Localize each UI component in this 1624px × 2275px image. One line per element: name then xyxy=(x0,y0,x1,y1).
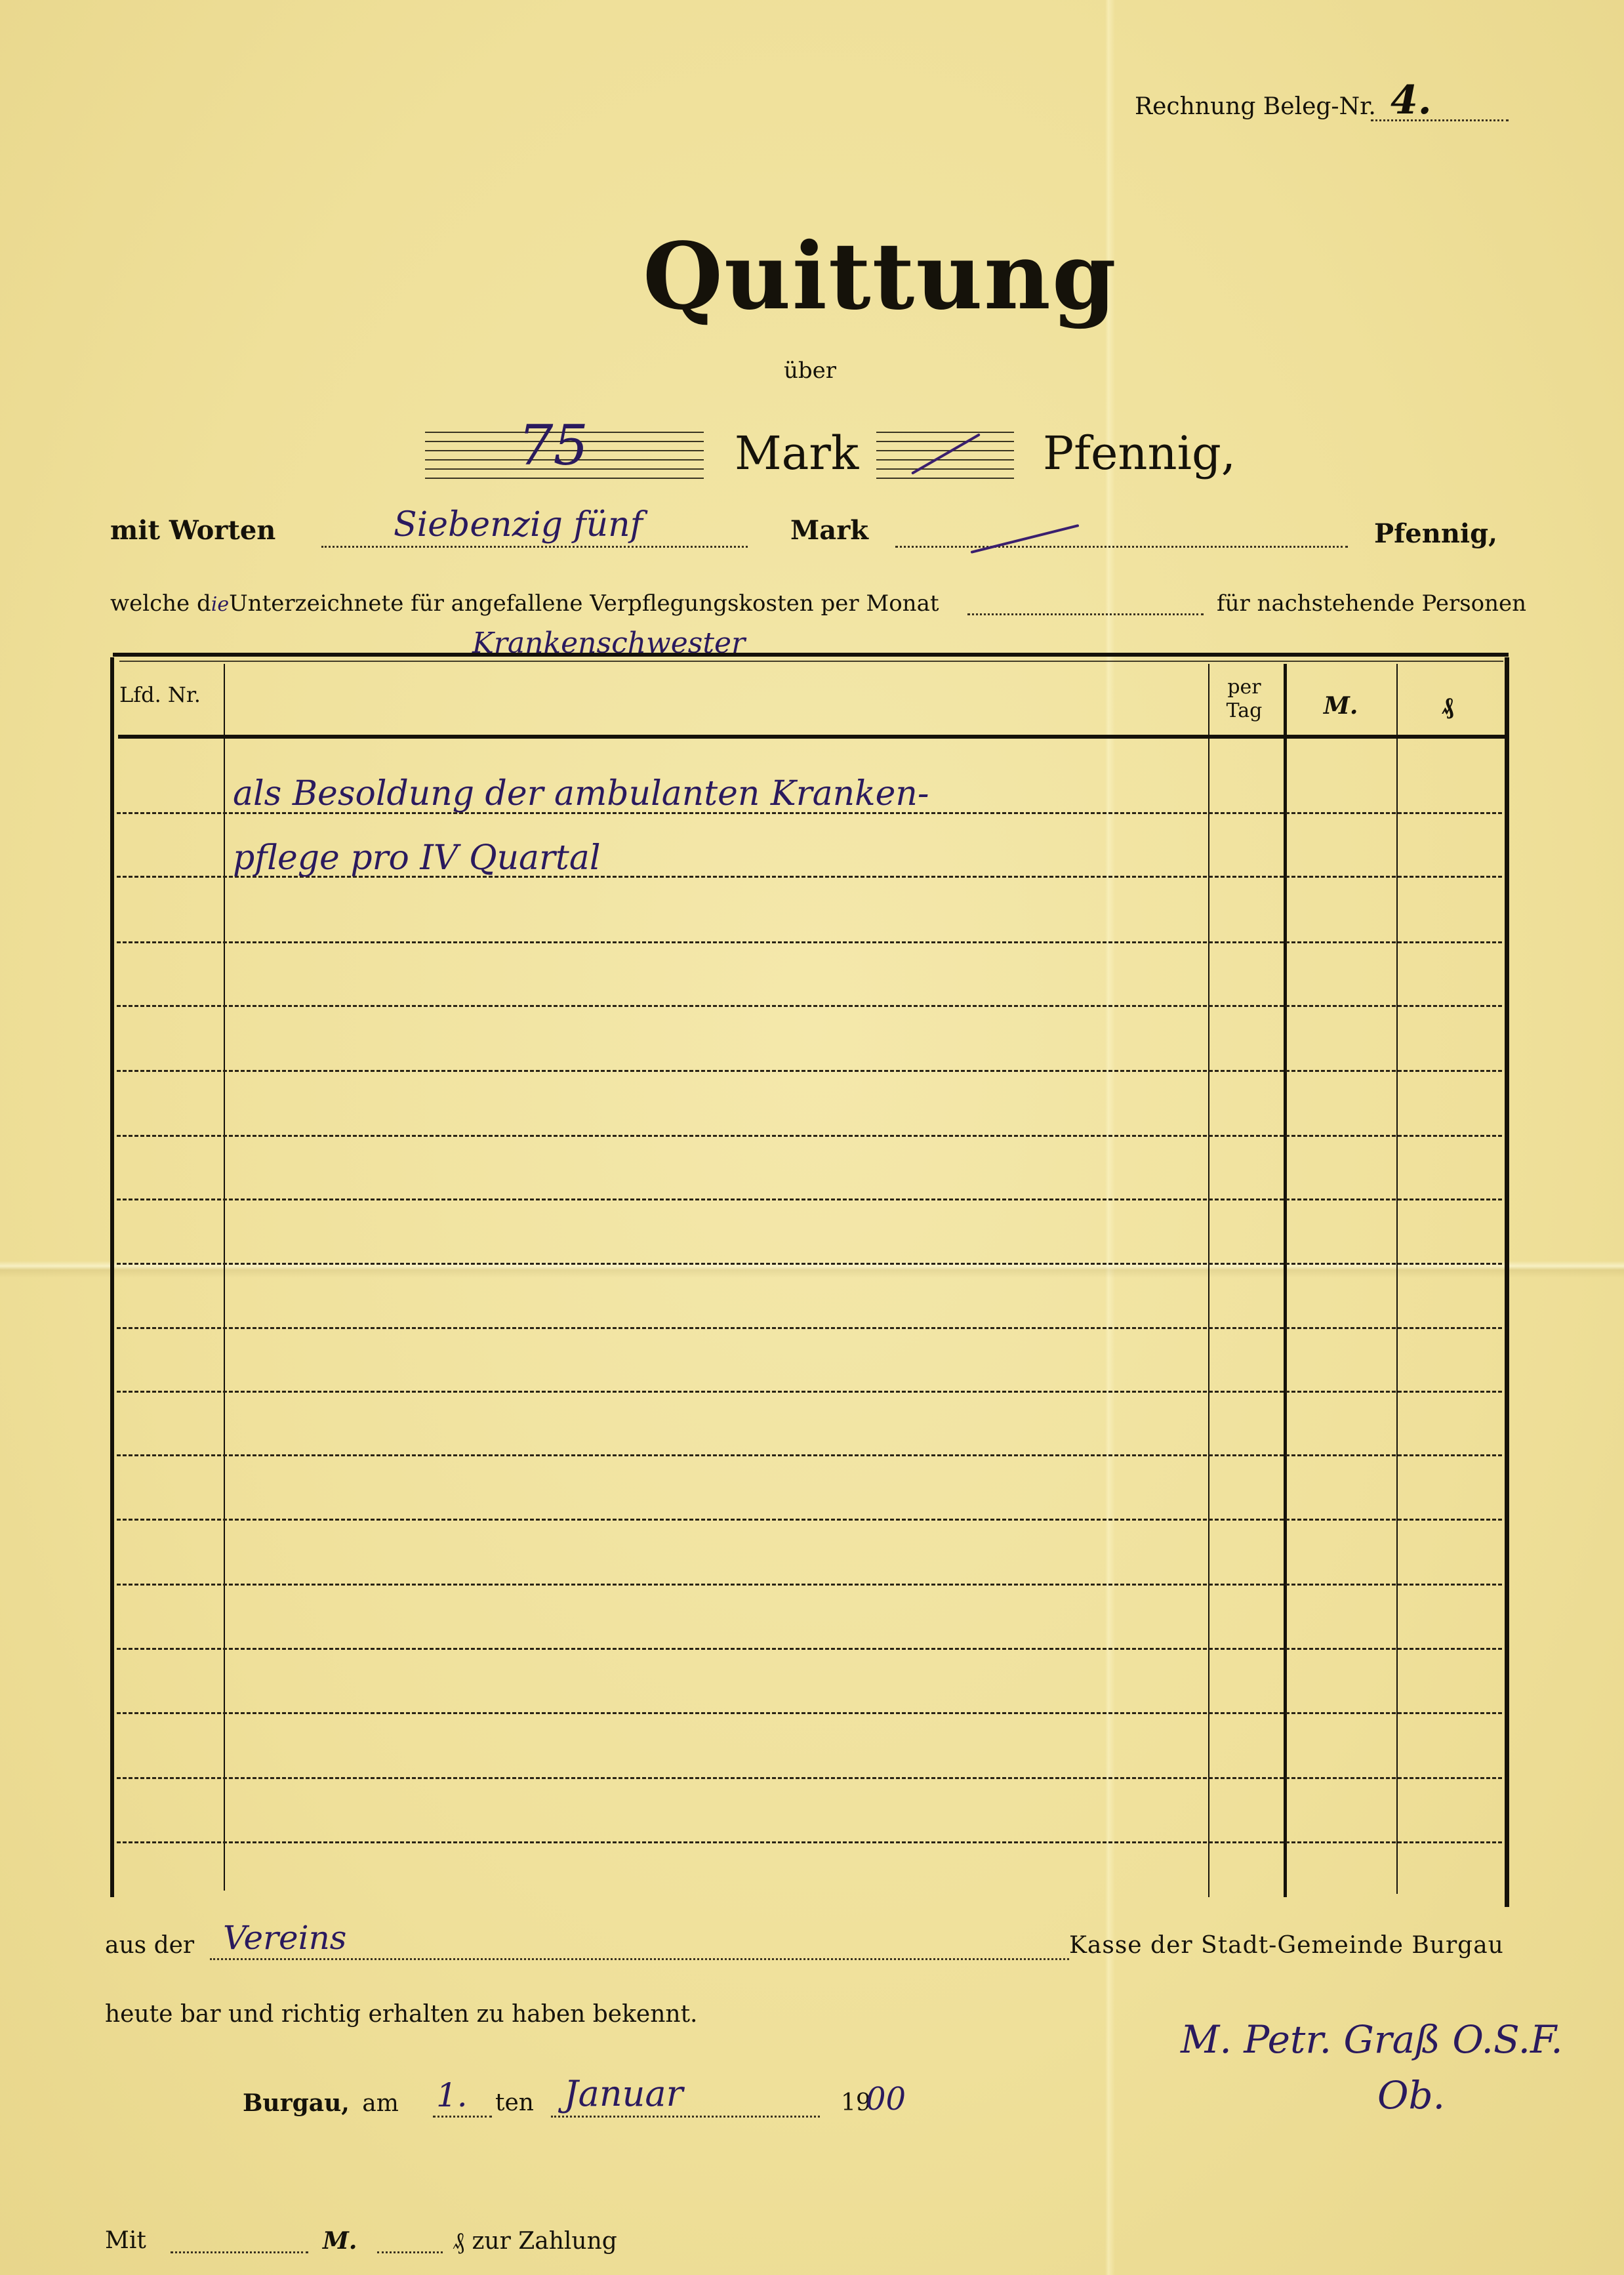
col-header-mark: M. xyxy=(1324,692,1358,720)
row-rule xyxy=(117,1454,1502,1456)
confirm-text: heute bar und richtig erhalten zu haben … xyxy=(105,2001,698,2028)
table-right-border xyxy=(1505,657,1509,1907)
ten-label: ten xyxy=(495,2089,534,2116)
in-words-label: mit Worten xyxy=(110,515,275,546)
date-line: Burgau, am xyxy=(243,2089,399,2117)
row-rule xyxy=(117,1584,1502,1586)
row-rule xyxy=(117,1519,1502,1521)
pfennig-amount-label: Pfennig, xyxy=(1043,426,1236,480)
table-top-rule xyxy=(113,653,1509,657)
row-rule xyxy=(117,1391,1502,1393)
mark-amount-value: 75 xyxy=(518,413,588,478)
day-value: 1. xyxy=(436,2076,468,2114)
beleg-number: 4. xyxy=(1391,77,1432,123)
in-words-pfennig-label: Pfennig, xyxy=(1374,518,1497,549)
row-rule xyxy=(117,1199,1502,1200)
purpose-prefix-text: welche d xyxy=(110,590,211,617)
mit-mark-line xyxy=(171,2251,308,2253)
month-value: Januar xyxy=(564,2073,683,2114)
mark-amount-label: Mark xyxy=(735,426,859,480)
row-rule xyxy=(117,1263,1502,1265)
mit-pfennig-label: ₰ zur Zahlung xyxy=(453,2227,617,2255)
aus-der-label: aus der xyxy=(105,1932,194,1959)
table-top-rule-thin xyxy=(119,661,1503,662)
purpose-suffix: für nachstehende Personen xyxy=(1217,590,1526,617)
table-left-border xyxy=(110,657,114,1897)
month-line xyxy=(551,2116,820,2118)
title-sub: über xyxy=(784,358,836,384)
am-label: am xyxy=(362,2090,399,2117)
day-line xyxy=(433,2116,492,2118)
row-rule xyxy=(117,1005,1502,1007)
in-words-pfennig-line xyxy=(895,546,1348,548)
signature-line-2: Ob. xyxy=(1377,2073,1445,2118)
table-row-2-description: pflege pro IV Quartal xyxy=(233,838,600,878)
receipt-page: Rechnung Beleg-Nr. 4. Quittung über 75 M… xyxy=(0,0,1624,2275)
row-rule xyxy=(117,1135,1502,1137)
mit-pfennig-line xyxy=(377,2251,443,2253)
aus-der-value: Vereins xyxy=(223,1919,346,1957)
mit-label: Mit xyxy=(105,2227,146,2254)
table-header-rule xyxy=(118,735,1505,739)
purpose-prefix: welche dieUnterzeichnete für angefallene… xyxy=(110,590,939,617)
aus-der-line xyxy=(210,1958,1069,1960)
in-words-mark-line xyxy=(321,546,748,548)
beleg-label: Rechnung Beleg-Nr. xyxy=(1135,93,1376,120)
col-divider-pfennig xyxy=(1396,664,1398,1894)
in-words-mark-value: Siebenzig fünf xyxy=(394,505,643,544)
page-title: Quittung xyxy=(643,223,1118,331)
purpose-month-line xyxy=(967,613,1204,615)
col-header-per-tag: per Tag xyxy=(1221,676,1267,723)
col-divider-lfd xyxy=(224,664,225,1891)
in-words-mark-label: Mark xyxy=(790,515,868,546)
table-row-1-description: als Besoldung der ambulanten Kranken- xyxy=(233,774,929,813)
place-label: Burgau, xyxy=(243,2089,350,2117)
col-header-pfennig: ₰ xyxy=(1442,692,1453,720)
row-rule xyxy=(117,1777,1502,1779)
signature-line-1: M. Petr. Graß O.S.F. xyxy=(1181,2017,1563,2062)
kasse-label: Kasse der Stadt-Gemeinde Burgau xyxy=(1069,1932,1504,1959)
row-rule xyxy=(117,1841,1502,1843)
row-rule xyxy=(117,941,1502,943)
row-rule xyxy=(117,1648,1502,1650)
row-rule xyxy=(117,1327,1502,1329)
row-rule xyxy=(117,1712,1502,1714)
in-words-pfennig-dash xyxy=(971,524,1080,554)
year-value: 00 xyxy=(866,2081,906,2118)
purpose-prefix-hand: ie xyxy=(211,593,229,616)
row-rule xyxy=(117,1070,1502,1072)
col-header-lfd-nr: Lfd. Nr. xyxy=(119,682,201,707)
purpose-text: Unterzeichnete für angefallene Verpflegu… xyxy=(229,590,939,617)
mit-mark-label: M. xyxy=(323,2227,357,2255)
